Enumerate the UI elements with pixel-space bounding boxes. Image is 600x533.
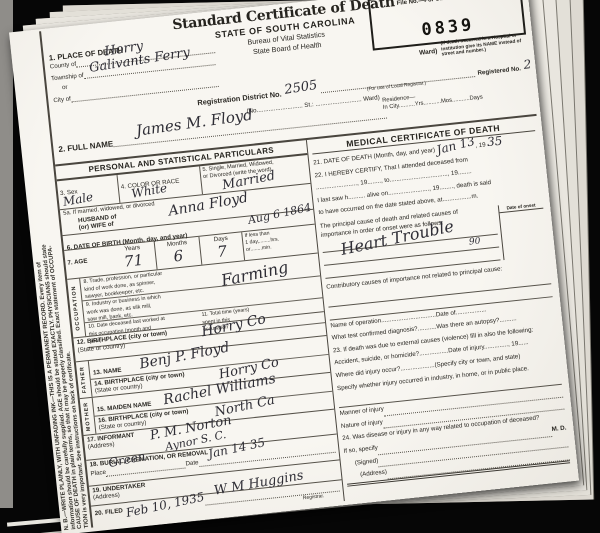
- file-number-stamp: 0839: [421, 15, 476, 40]
- scanner-edge-strip: [0, 0, 13, 508]
- occupation-vertical-label: OCCUPATION: [71, 285, 82, 331]
- registration-district-label: Registration District No.: [197, 90, 282, 106]
- form-body: PERSONAL AND STATISTICAL PARTICULARS 3. …: [55, 114, 575, 528]
- city-label: City of: [53, 96, 71, 105]
- file-number-label: File No.—For State Registrar Only: [396, 0, 493, 7]
- medical-certificate-column: MEDICAL CERTIFICATE OF DEATH 21. DATE OF…: [307, 116, 575, 501]
- burial-place-label: Place: [90, 469, 106, 478]
- document-stack: N. B.—WRITE PLAINLY, WITH UNFADING INK—T…: [34, 4, 574, 519]
- age-days-entry: 7: [216, 242, 227, 261]
- county-label: County of: [49, 61, 76, 71]
- registration-district-entry: 2505: [283, 78, 318, 98]
- burial-place-entry: Green: [108, 452, 146, 468]
- personal-particulars-column: PERSONAL AND STATISTICAL PARTICULARS 3. …: [55, 140, 345, 527]
- full-name-entry: James M. Floyd: [135, 106, 254, 140]
- cause-code-entry: 90: [469, 236, 481, 247]
- age-years-entry: 71: [123, 251, 144, 271]
- age-label: 7. AGE: [67, 258, 88, 267]
- registered-no-label: Registered No.: [477, 65, 521, 77]
- age-months-entry: 6: [173, 247, 184, 266]
- full-name-label: 2. FULL NAME: [58, 140, 113, 153]
- date-of-onset-column: Date of onset: [498, 201, 549, 260]
- father-vertical-label: FATHER: [79, 366, 88, 394]
- registered-no-entry: 2: [523, 57, 532, 72]
- signed-address-label: (Address): [360, 467, 388, 482]
- certificate-form: Standard Certificate of Death STATE OF S…: [39, 0, 574, 528]
- scanned-death-certificate-photo: N. B.—WRITE PLAINLY, WITH UNFADING INK—T…: [0, 0, 600, 533]
- death-certificate-page: N. B.—WRITE PLAINLY, WITH UNFADING INK—T…: [9, 0, 579, 533]
- dod-year-prefix: , 19: [475, 141, 486, 149]
- md-label: M. D.: [551, 422, 567, 436]
- ward-label: Ward): [419, 48, 438, 57]
- mother-vertical-label: MOTHER: [83, 401, 92, 431]
- township-label: Township of: [51, 72, 84, 83]
- or-label: or: [62, 84, 68, 92]
- father-name-label: 13. NAME: [93, 367, 122, 377]
- burial-date-label: Date: [185, 460, 199, 469]
- dod-year-entry: 35: [486, 134, 503, 150]
- date-of-onset-header: Date of onset: [499, 201, 544, 214]
